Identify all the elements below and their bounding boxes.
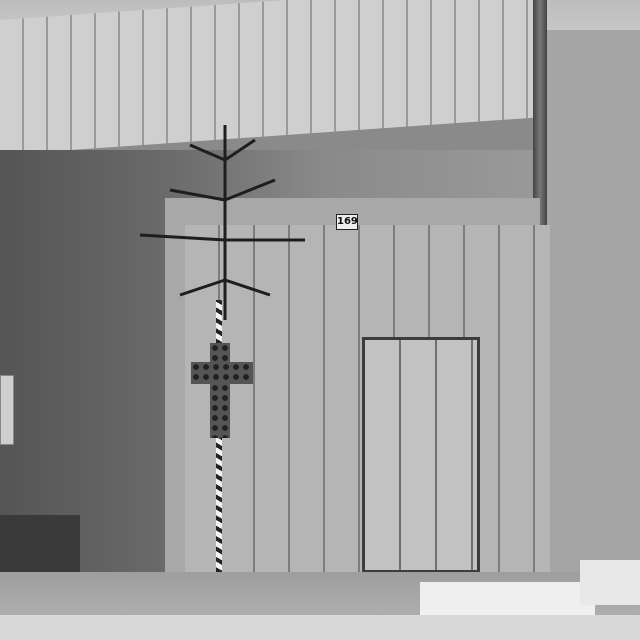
cross-horizontal [191, 362, 253, 384]
wall-plinth [0, 515, 80, 575]
right-wall [545, 30, 640, 575]
cross-vertical [210, 343, 230, 438]
house-number: 169 [336, 214, 358, 230]
curb [0, 615, 640, 640]
wall-plaque [0, 375, 14, 445]
photograph: 169 [0, 0, 640, 640]
inset-door [362, 337, 480, 573]
fir-tree-icon [140, 120, 310, 320]
step [580, 560, 640, 605]
sunlit-patch [420, 582, 595, 617]
